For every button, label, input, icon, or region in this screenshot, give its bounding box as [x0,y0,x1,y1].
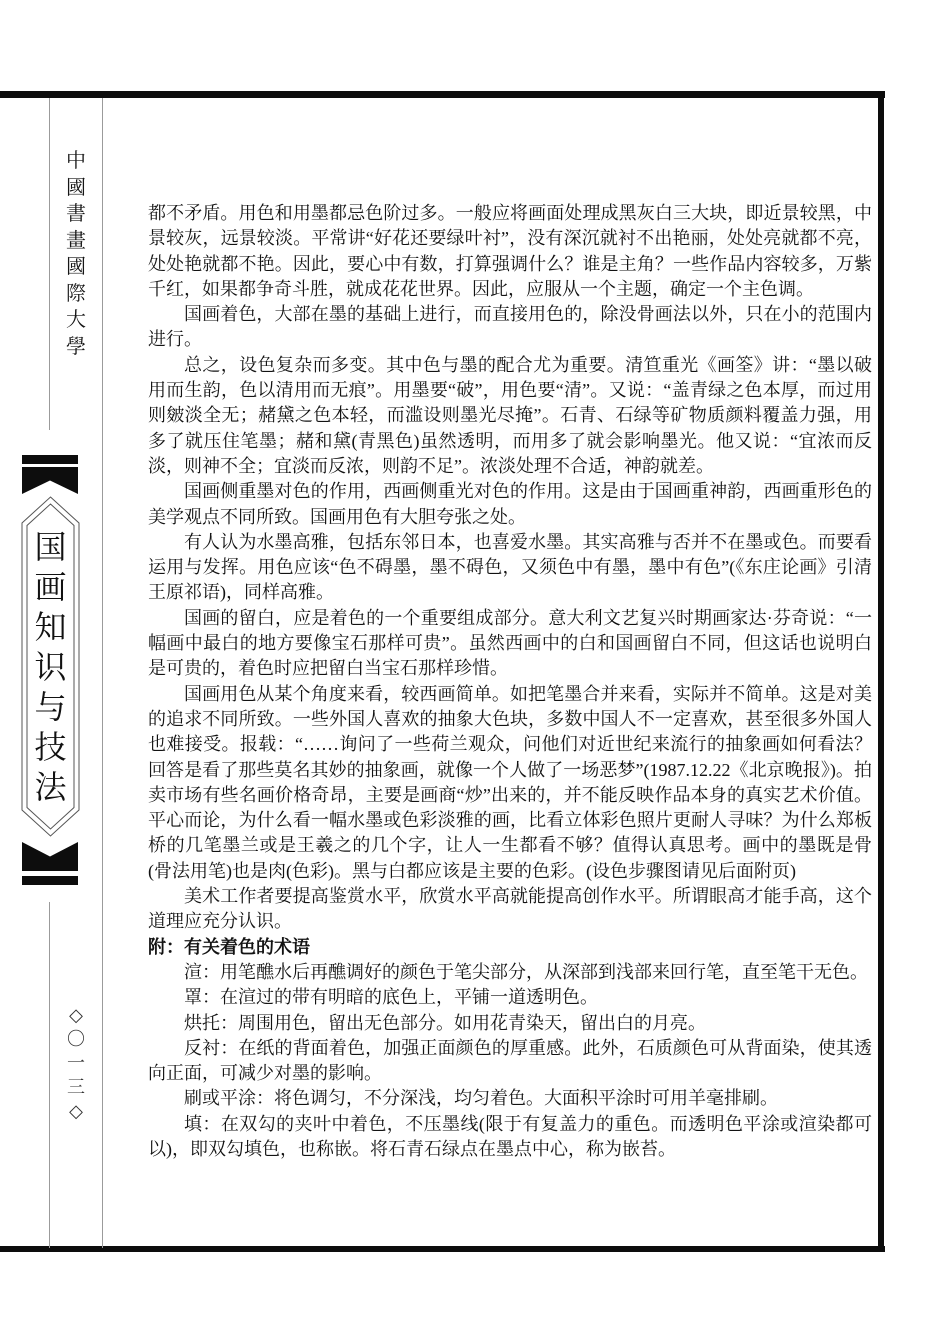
paragraph: 国画侧重墨对色的作用，西画侧重光对色的作用。这是由于国画重神韵，西画重形色的美学… [148,479,872,530]
paragraph: 有人认为水墨高雅，包括东邻日本，也喜爱水墨。其实高雅与否并不在墨或色。而要看运用… [148,530,872,606]
column-rule-right [102,98,103,1248]
term-xuan: 渲：用笔醮水后再醮调好的颜色于笔尖部分，从深部到浅部来回行笔，直至笔干无色。 [148,960,872,985]
paragraph: 国画用色从某个角度来看，较西画简单。如把笔墨合并来看，实际并不简单。这是对美的追… [148,682,872,884]
university-vertical-title: 中國書畫國際大學 [50,148,102,360]
page-frame-bottom-bar [0,1246,885,1252]
ribbon-top-bar [22,455,78,464]
body-text: 都不矛盾。用色和用墨都忌色阶过多。一般应将画面处理成黑灰白三大块，即近景较黑，中… [148,201,872,1162]
ribbon-bottom-bar [22,876,78,885]
paragraph: 美术工作者要提高鉴赏水平，欣赏水平高就能提高创作水平。所谓眼高才能手高，这个道理… [148,884,872,935]
title-hexagon-box: 国画知识与技法 [21,496,80,837]
series-title-vertical: 国画知识与技法 [21,496,80,837]
term-tian: 填：在双勾的夹叶中着色，不压墨线(限于有复盖力的重色。而透明色平涂或渲染都可以)… [148,1112,872,1163]
page-frame-right-bar [878,91,884,1252]
paragraph: 总之，设色复杂而多变。其中色与墨的配合尤为重要。清笪重光《画筌》讲：“墨以破用而… [148,353,872,479]
attachment-heading: 附：有关着色的术语 [148,935,872,960]
term-hongtuo: 烘托：周围用色，留出无色部分。如用花青染天，留出白的月亮。 [148,1011,872,1036]
book-page: { "sidebar": { "university": "中國書畫國際大學",… [0,0,950,1344]
page-frame-top-bar [0,91,885,98]
term-zhao: 罩：在渲过的带有明暗的底色上，平铺一道透明色。 [148,985,872,1010]
ribbon-top-block [22,467,78,494]
paragraph: 国画着色，大部在墨的基础上进行，而直接用色的，除没骨画法以外，只在小的范围内进行… [148,302,872,353]
term-shua: 刷或平涂：将色调匀，不分深浅，均匀着色。大面积平涂时可用羊毫排刷。 [148,1086,872,1111]
ribbon-bottom-block [22,842,78,871]
page-number-vertical: ◇〇一三◇ [50,1003,102,1123]
paragraph-continuation: 都不矛盾。用色和用墨都忌色阶过多。一般应将画面处理成黑灰白三大块，即近景较黑，中… [148,201,872,302]
paragraph: 国画的留白，应是着色的一个重要组成部分。意大利文艺复兴时期画家达·芬奇说：“一幅… [148,606,872,682]
term-fanchen: 反衬：在纸的背面着色，加强正面颜色的厚重感。此外，石质颜色可从背面染，使其透向正… [148,1036,872,1087]
